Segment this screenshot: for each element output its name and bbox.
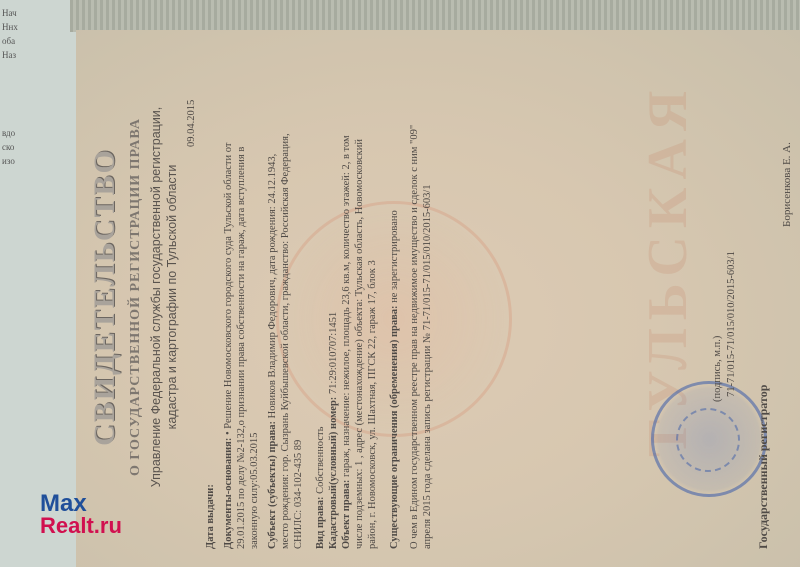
property-object: Объект права: гараж, назначение: нежилое… bbox=[340, 135, 353, 549]
certificate-subtitle: О ГОСУДАРСТВЕННОЙ РЕГИСТРАЦИИ ПРАВА bbox=[128, 67, 144, 527]
adjacent-page: Нач Ннх оба Наз вдо ско изо bbox=[0, 0, 80, 567]
official-seal bbox=[651, 381, 767, 497]
registration-number: 71-71/015-71/015/010/2015-603/1 bbox=[726, 251, 737, 397]
issue-date-row: Дата выдачи: bbox=[204, 484, 217, 549]
certificate-title: СВИДЕТЕЛЬСТВО bbox=[88, 87, 122, 507]
encumbrances: Существующие ограничения (обременения) п… bbox=[388, 210, 401, 549]
logo-realt: Realt.ru bbox=[40, 515, 122, 537]
issue-date: 09.04.2015 bbox=[186, 100, 197, 147]
page-fragment: оба bbox=[2, 36, 15, 46]
page-fragment: Наз bbox=[2, 50, 16, 60]
registry-record: апреля 2015 года сделана запись регистра… bbox=[421, 184, 434, 549]
logo-max: Max bbox=[40, 493, 122, 515]
issuing-agency: Управление Федеральной службы государств… bbox=[148, 67, 180, 527]
registry-record: О чем в Едином государственном реестре п… bbox=[408, 125, 421, 549]
signature-note: (подпись, м.п.) bbox=[712, 336, 723, 402]
basis-line: законную силу:05.03.2015 bbox=[248, 433, 261, 549]
page-fragment: ско bbox=[2, 142, 14, 152]
registrar-name: Борисенкова Е. А. bbox=[781, 142, 793, 227]
rights-holder-line: место рождения: гор. Сызрань Куйбышевско… bbox=[279, 133, 292, 549]
certificate-content: ТУЛЬСКАЯ СВИДЕТЕЛЬСТВО О ГОСУДАРСТВЕННОЙ… bbox=[76, 30, 800, 567]
certificate: ТУЛЬСКАЯ СВИДЕТЕЛЬСТВО О ГОСУДАРСТВЕННОЙ… bbox=[76, 30, 800, 567]
basis-documents: Документы-основания: • Решение Новомоско… bbox=[222, 143, 235, 549]
page-fragment: вдо bbox=[2, 128, 15, 138]
page-fragment: Ннх bbox=[2, 22, 18, 32]
property-object-line: район, г. Новомосковск, ул. Шахтная, ПГС… bbox=[366, 260, 379, 549]
rights-holder-line: СНИЛС: 034-102-435 89 bbox=[292, 440, 305, 549]
page-fragment: изо bbox=[2, 156, 15, 166]
rights-holder: Субъект (субъекты) права: Новиков Владим… bbox=[266, 154, 279, 549]
basis-line: 29.01.2015 по делу №2-132,о признании пр… bbox=[235, 147, 248, 549]
property-object-line: числе подземных: 1 , адрес (местонахожде… bbox=[353, 139, 366, 549]
certificate-border bbox=[70, 0, 800, 32]
right-type: Вид права: Собственность bbox=[314, 427, 327, 549]
page-fragment: Нач bbox=[2, 8, 17, 18]
cadastral-number: Кадастровый(условный) номер: 71:29:01070… bbox=[327, 312, 340, 549]
site-watermark-logo: Max Realt.ru bbox=[40, 493, 122, 537]
registrar-label: Государственный регистратор bbox=[756, 385, 771, 549]
